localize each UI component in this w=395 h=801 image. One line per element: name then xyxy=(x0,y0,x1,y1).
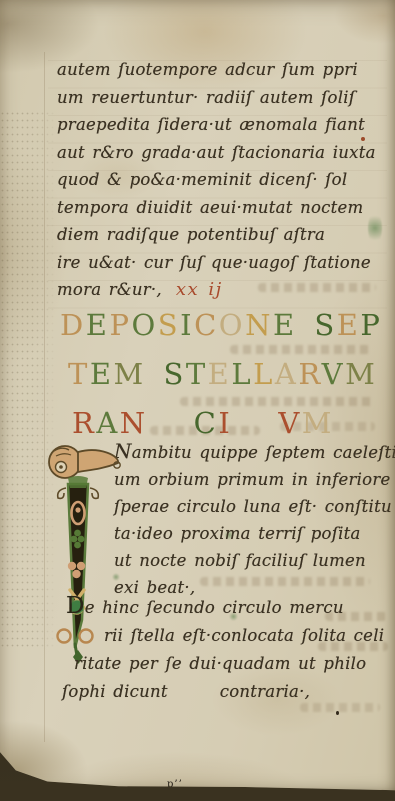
text-segment: autem ſuotempore adcur ſum ppri xyxy=(57,60,358,79)
text-segment: contraria·, xyxy=(220,682,310,701)
text-segment: T xyxy=(68,357,90,391)
text-segment: xx ij xyxy=(176,279,223,300)
text-segment: um orbium primum in inferiore xyxy=(114,470,391,489)
text-segment: T xyxy=(186,357,208,391)
text-segment: E xyxy=(337,308,361,342)
text-segment: aut r&ro grada·aut ſtacionaria iuxta xyxy=(57,143,376,162)
text-segment: A xyxy=(275,357,298,391)
text-segment: ſophi dicunt xyxy=(62,682,168,701)
text-segment: M xyxy=(114,357,146,391)
text-segment: ut nocte nobiſ faciliuſ lumen xyxy=(114,551,366,570)
quire-mark: p’’ xyxy=(167,779,183,790)
text-segment: S xyxy=(158,308,180,342)
text-segment: A xyxy=(96,406,119,440)
text-line: diem radiſque potentibuſ aſtra xyxy=(57,221,376,249)
text-segment: diem radiſque potentibuſ aſtra xyxy=(57,225,325,244)
text-segment: tempora diuidit aeui·mutat noctem xyxy=(57,198,363,217)
text-line: ſperae circulo luna eſt· conſtitu xyxy=(114,493,395,520)
text-segment: P xyxy=(360,308,382,342)
chapter-heading: DEPOSICONE SEPTEM STELLARVM ERRAN CI VM xyxy=(60,301,395,448)
text-segment: D xyxy=(66,593,85,619)
text-line: DEPOSICONE SEP xyxy=(60,301,395,350)
text-block-upper: autem ſuotempore adcur ſum pprium reuert… xyxy=(57,56,376,304)
text-line: ta·ideo proxima terriſ poſita xyxy=(114,520,395,547)
text-line: rii ſtella eſt·conlocata ſolita celi xyxy=(104,622,384,650)
text-segment: ambitu quippe ſeptem caeleſti xyxy=(132,443,395,462)
text-segment: E xyxy=(90,357,114,391)
text-line: autem ſuotempore adcur ſum ppri xyxy=(57,56,376,84)
text-line: Nambitu quippe ſeptem caeleſti xyxy=(114,438,395,466)
text-line: ritate per ſe dui·quadam ut philo xyxy=(74,650,384,678)
paragraph-in-ambitu: Nambitu quippe ſeptem caeleſtium orbium … xyxy=(38,438,395,601)
text-segment: E xyxy=(273,308,297,342)
text-line: ſophi dicunt contraria·, xyxy=(62,678,384,706)
manuscript-scan: autem ſuotempore adcur ſum pprium reuert… xyxy=(0,0,395,801)
parchment-page: autem ſuotempore adcur ſum pprium reuert… xyxy=(0,0,395,795)
text-segment: ritate per ſe dui·quadam ut philo xyxy=(74,654,366,673)
text-segment: S xyxy=(314,308,336,342)
text-segment: E xyxy=(208,357,232,391)
text-segment: V xyxy=(278,406,301,440)
text-segment: mora r&ur·, xyxy=(57,280,162,299)
text-line: De hinc ſecundo circulo mercu xyxy=(66,594,384,622)
text-segment: rii ſtella eſt·conlocata ſolita celi xyxy=(104,626,384,645)
text-segment xyxy=(297,308,315,342)
text-line: tempora diuidit aeui·mutat noctem xyxy=(57,194,376,222)
text-line: TEM STELLARVM ER xyxy=(68,350,395,399)
text-segment: M xyxy=(302,406,334,440)
text-segment: e hinc ſecundo circulo mercu xyxy=(85,598,344,617)
text-segment: M xyxy=(345,357,377,391)
text-line: ire u&at· cur ſuſ que·uagoſ ſtatione xyxy=(57,249,376,277)
text-line: mora r&ur·,xx ij xyxy=(57,276,376,304)
text-segment: praepedita ſidera·ut ænomala fiant xyxy=(57,115,365,134)
text-segment: R xyxy=(298,357,321,391)
text-segment: N xyxy=(120,406,148,440)
text-segment: L xyxy=(231,357,253,391)
ink-speck xyxy=(336,711,339,715)
text-segment: I xyxy=(218,406,232,440)
paragraph-de-hinc: De hinc ſecundo circulo mercurii ſtella … xyxy=(38,594,384,706)
text-segment: ta·ideo proxima terriſ poſita xyxy=(114,524,361,543)
text-segment: C xyxy=(194,406,219,440)
text-segment: E xyxy=(86,308,110,342)
text-segment: I xyxy=(180,308,194,342)
text-line: aut r&ro grada·aut ſtacionaria iuxta xyxy=(57,139,376,167)
text-segment: N xyxy=(245,308,273,342)
text-line: quod & po&a·meminit dicenſ· ſol xyxy=(57,166,376,194)
text-segment: R xyxy=(72,406,96,440)
text-segment: S xyxy=(163,357,185,391)
text-segment xyxy=(146,357,164,391)
text-segment: D xyxy=(60,308,86,342)
text-segment: ire u&at· cur ſuſ que·uagoſ ſtatione xyxy=(57,253,371,272)
text-segment xyxy=(377,357,395,391)
text-line: ut nocte nobiſ faciliuſ lumen xyxy=(114,547,395,574)
text-line: um reuertuntur· radiiſ autem ſoliſ xyxy=(57,84,376,112)
text-segment: C xyxy=(194,308,219,342)
text-segment: O xyxy=(131,308,157,342)
text-segment: O xyxy=(219,308,245,342)
text-segment: L xyxy=(253,357,275,391)
text-segment: ſperae circulo luna eſt· conſtitu xyxy=(114,497,392,516)
text-segment: P xyxy=(109,308,131,342)
text-line: um orbium primum in inferiore xyxy=(114,466,395,493)
text-segment: um reuertuntur· radiiſ autem ſoliſ xyxy=(57,88,355,107)
text-line: praepedita ſidera·ut ænomala fiant xyxy=(57,111,376,139)
text-segment: V xyxy=(322,357,345,391)
text-segment: quod & po&a·meminit dicenſ· ſol xyxy=(57,170,347,189)
